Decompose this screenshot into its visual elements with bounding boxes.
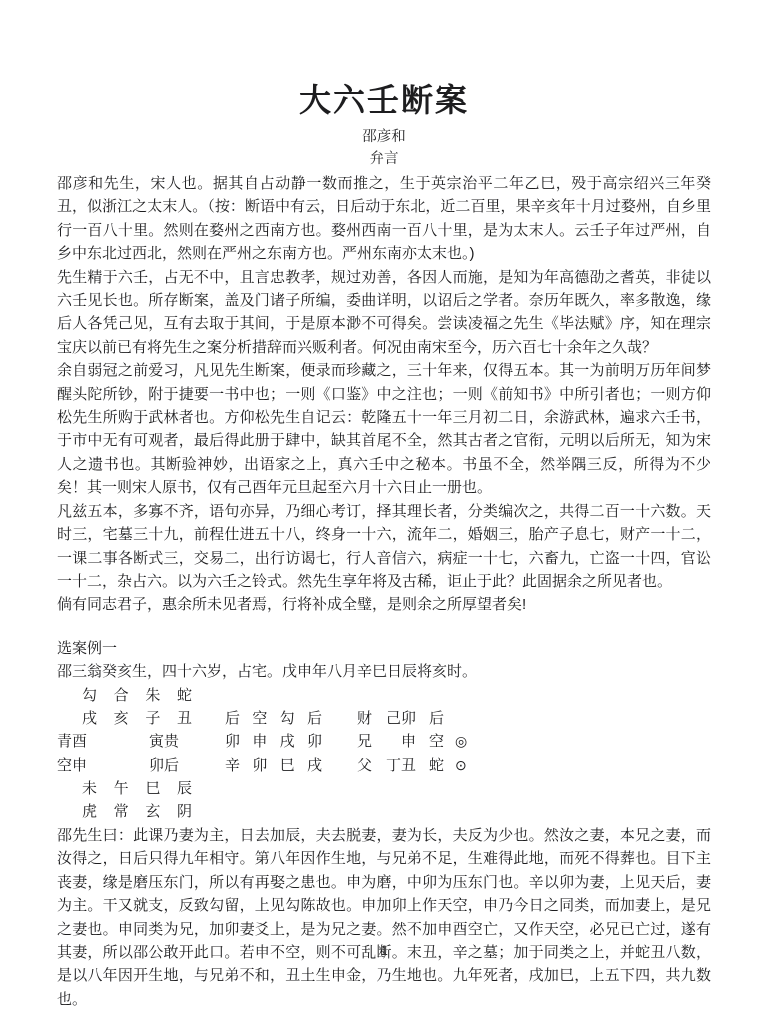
preface-paragraph: 先生精于六壬，占无不中，且言忠教孝，规过劝善，各因人而施，是知为年高德劭之耆英，… <box>57 266 711 360</box>
course-cell: 空 <box>252 707 267 730</box>
course-cell: 勾 <box>280 707 295 730</box>
preface-heading: 弁言 <box>57 148 711 170</box>
general-cell: 常 <box>114 800 129 823</box>
pillar-cell: 丁丑 <box>385 754 416 777</box>
course-row: 辛 卯 巳 戌 <box>225 754 322 777</box>
top-generals-row: 勾 合 朱 蛇 <box>82 684 192 707</box>
general-cell: 勾 <box>82 684 97 707</box>
preface-paragraph: 邵彦和先生，宋人也。据其自占动静一数而推之，生于英宗治平二年乙巳，殁于高宗绍兴三… <box>57 172 711 266</box>
transmission-row: 财 己卯 后 <box>357 707 473 730</box>
general-cell: 玄 <box>145 800 160 823</box>
side-right-cell: 卯后 <box>149 754 179 777</box>
four-courses: 后 空 勾 后 卯 申 戌 卯 辛 卯 巳 戌 <box>225 684 322 824</box>
relation-cell: 财 <box>357 707 373 730</box>
course-cell: 辛 <box>225 754 240 777</box>
general-cell: 空 <box>429 730 445 753</box>
course-cell: 申 <box>252 730 267 753</box>
case-analysis: 邵先生曰：此课乃妻为主，日去加辰，夫去脱妻，妻为长，夫反为少也。然汝之妻，本兄之… <box>57 824 711 1011</box>
general-cell: 蛇 <box>429 754 445 777</box>
branch-cell: 未 <box>82 777 97 800</box>
course-cell: 戌 <box>280 730 295 753</box>
case-intro: 邵三翁癸亥生，四十六岁，占宅。戊申年八月辛巳日辰将亥时。 <box>57 660 711 683</box>
side-row: 青酉 寅贵 <box>57 730 179 753</box>
relation-cell: 兄 <box>357 730 373 753</box>
preface-body: 邵彦和先生，宋人也。据其自占动静一数而推之，生于英宗治平二年乙巳，殁于高宗绍兴三… <box>57 172 711 617</box>
side-right-cell: 寅贵 <box>149 730 179 753</box>
branch-cell: 午 <box>114 777 129 800</box>
heaven-top-row: 戌 亥 子 丑 <box>82 707 192 730</box>
relation-cell: 父 <box>357 754 373 777</box>
circled-dot-marker: ⊙ <box>455 754 473 777</box>
document-page: 大六壬断案 邵彦和 弁言 邵彦和先生，宋人也。据其自占动静一数而推之，生于英宗治… <box>0 0 768 1024</box>
general-cell: 蛇 <box>177 684 192 707</box>
course-cell: 巳 <box>280 754 295 777</box>
general-cell: 朱 <box>145 684 160 707</box>
general-cell: 阴 <box>177 800 192 823</box>
course-cell: 后 <box>307 707 322 730</box>
course-row: 后 空 勾 后 <box>225 707 322 730</box>
course-cell: 后 <box>225 707 240 730</box>
transmission-row: 父 丁丑 蛇 ⊙ <box>357 754 473 777</box>
branch-cell: 戌 <box>82 707 97 730</box>
branch-cell: 丑 <box>177 707 192 730</box>
side-left-cell: 空申 <box>57 754 87 777</box>
author-name: 邵彦和 <box>57 126 711 148</box>
general-cell: 合 <box>114 684 129 707</box>
branch-cell: 子 <box>145 707 160 730</box>
course-cell: 卯 <box>225 730 240 753</box>
branch-cell: 巳 <box>145 777 160 800</box>
branch-cell: 辰 <box>177 777 192 800</box>
liuren-chart: 勾 合 朱 蛇 戌 亥 子 丑 青酉 寅贵 空申 卯后 未 午 <box>57 684 711 824</box>
general-cell: 虎 <box>82 800 97 823</box>
pillar-cell: 申 <box>385 730 416 753</box>
general-cell: 后 <box>429 707 445 730</box>
preface-paragraph: 凡兹五本，多寡不齐，语句亦异，乃细心考订，择其理长者，分类编次之，共得二百一十六… <box>57 500 711 594</box>
bottom-generals-row: 虎 常 玄 阴 <box>82 800 192 823</box>
document-title: 大六壬断案 <box>57 80 711 120</box>
page-number: 1 <box>0 942 768 958</box>
three-transmissions: 财 己卯 后 兄 申 空 ◎ 父 丁丑 蛇 ⊙ <box>357 684 473 824</box>
course-cell: 卯 <box>307 730 322 753</box>
preface-paragraph: 余自弱冠之前爱习，凡见先生断案，便录而珍藏之，三十年来，仅得五本。其一为前明万历… <box>57 359 711 499</box>
transmission-row: 兄 申 空 ◎ <box>357 730 473 753</box>
heaven-earth-plate: 勾 合 朱 蛇 戌 亥 子 丑 青酉 寅贵 空申 卯后 未 午 <box>57 684 213 824</box>
pillar-cell: 己卯 <box>385 707 416 730</box>
preface-paragraph: 倘有同志君子，惠余所未见者焉，行将补成全璧，是则余之所厚望者矣! <box>57 593 711 616</box>
side-left-cell: 青酉 <box>57 730 87 753</box>
double-circle-marker: ◎ <box>455 730 473 753</box>
course-cell: 卯 <box>252 754 267 777</box>
heaven-bottom-row: 未 午 巳 辰 <box>82 777 192 800</box>
course-row: 卯 申 戌 卯 <box>225 730 322 753</box>
branch-cell: 亥 <box>114 707 129 730</box>
case-section-heading: 选案例一 <box>57 637 711 660</box>
course-cell: 戌 <box>307 754 322 777</box>
side-row: 空申 卯后 <box>57 754 179 777</box>
